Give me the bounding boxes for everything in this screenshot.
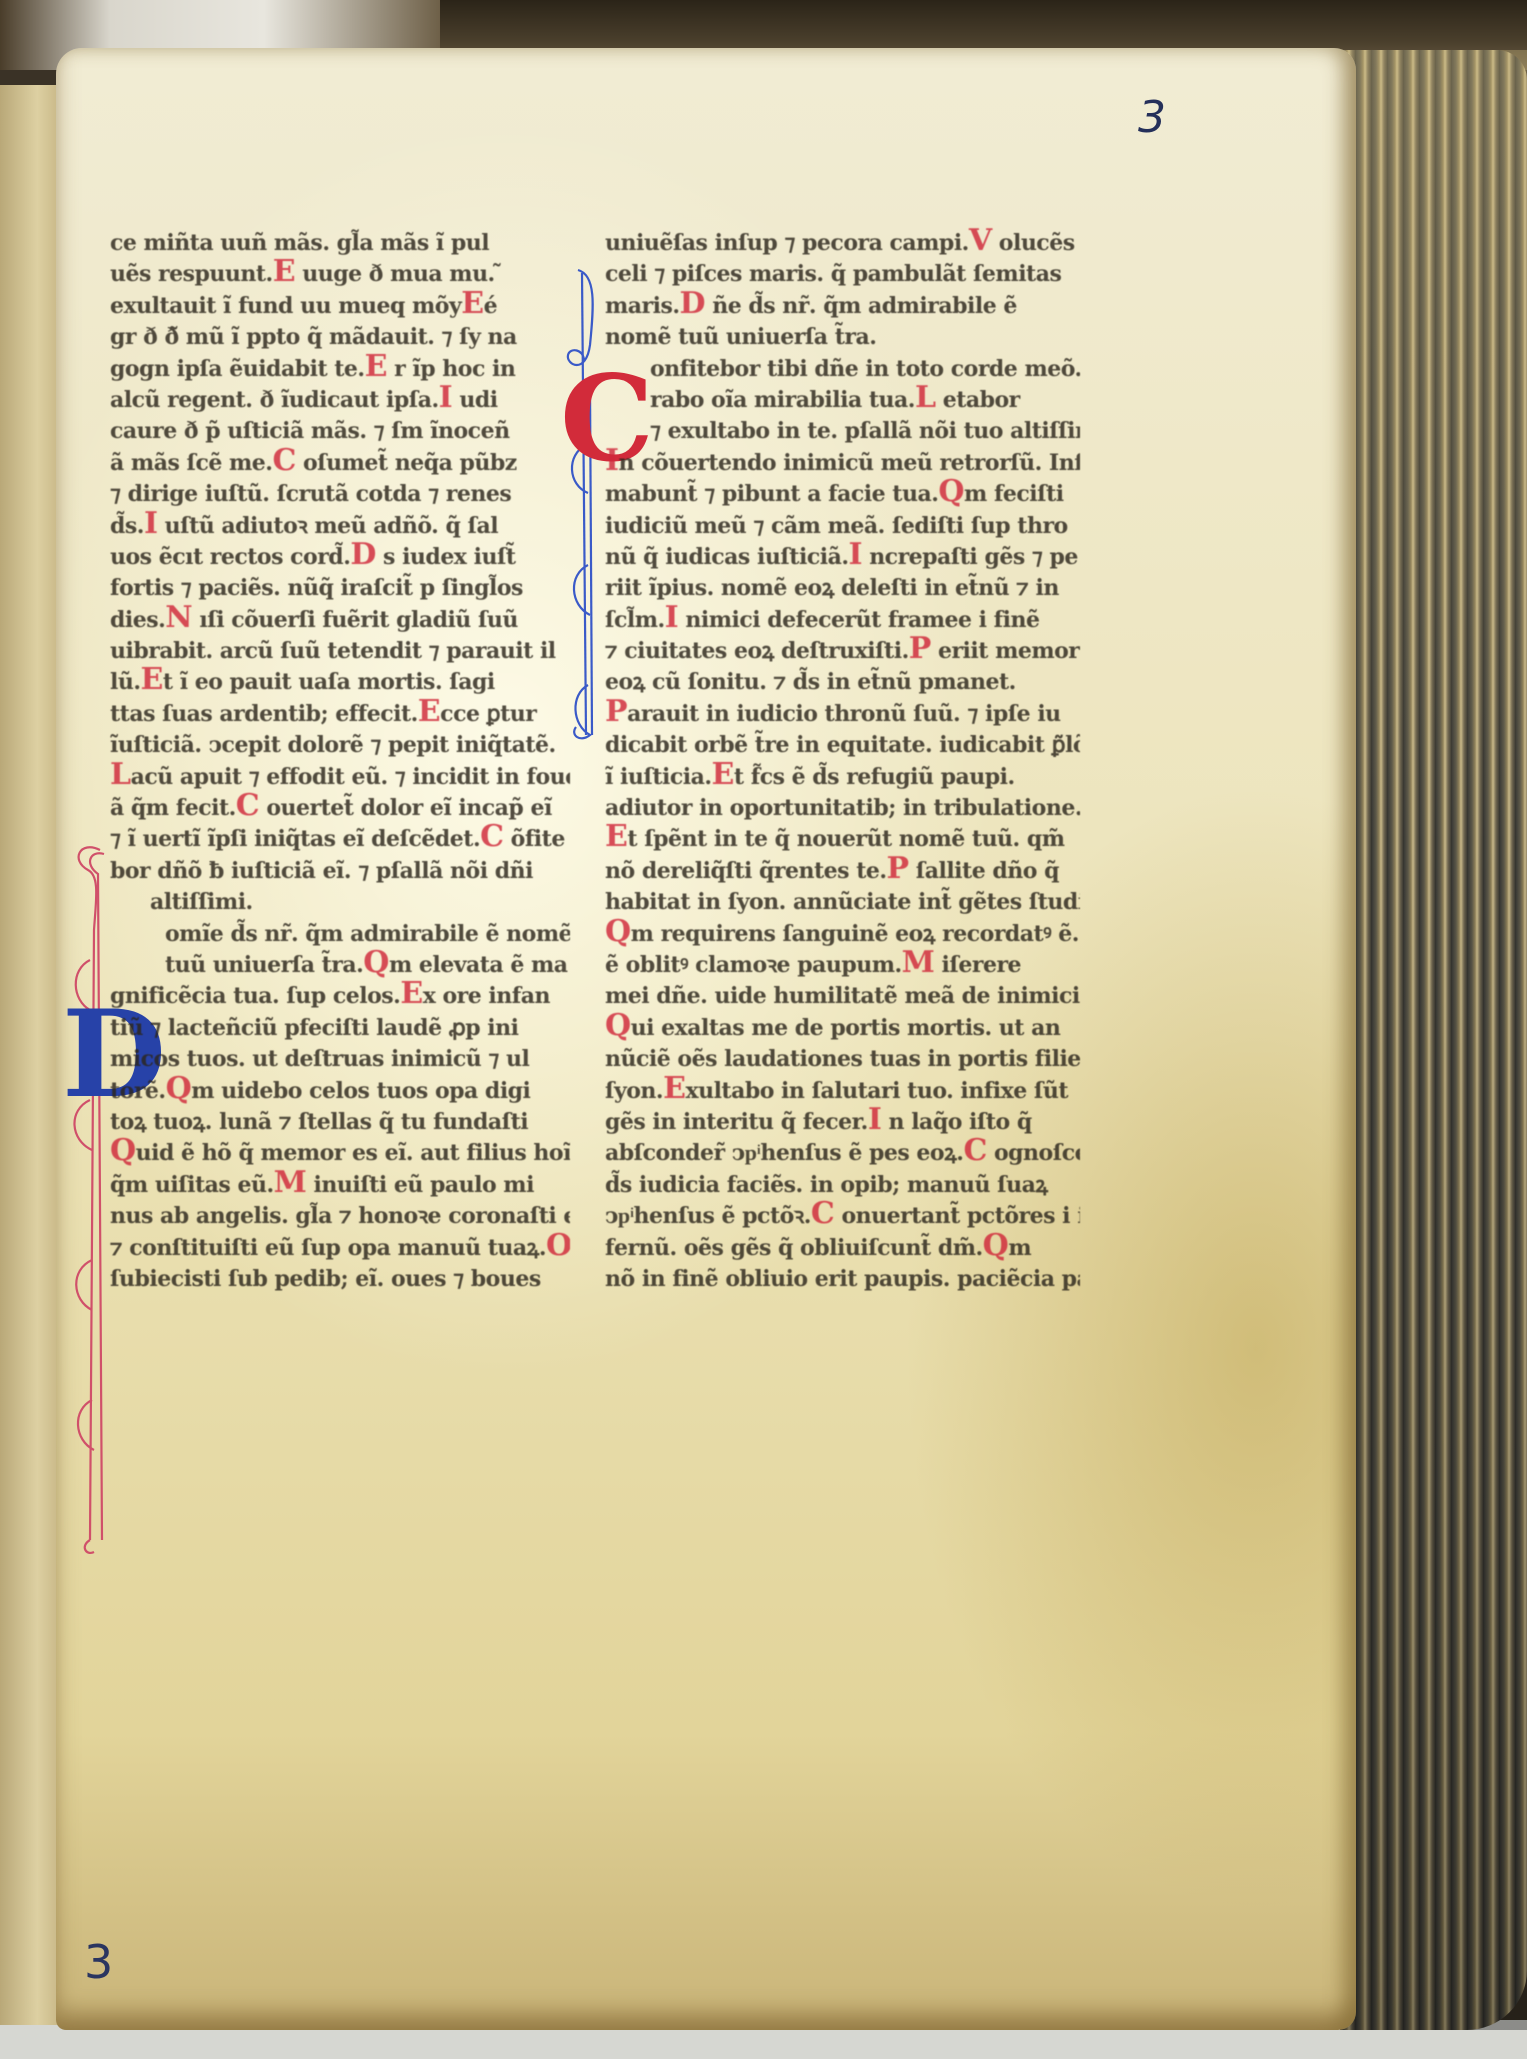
line-text: celi ⁊ piſces maris. q̃ pambulãt ſemitas (605, 261, 1061, 287)
manuscript-line: caure ð p̃ uſticiã mãs. ⁊ ſm ĩnoceñ (110, 413, 570, 444)
line-text: ⁊ exultabo in te. pſallã nõi tuo altiſſi… (650, 418, 1080, 444)
manuscript-line: mei dñe. uide humilitatẽ meã de inimicis… (605, 978, 1080, 1009)
line-text: ſyon. (605, 1078, 663, 1104)
line-text: riit ĩpius. nomẽ eoꝝ deleſti in et̃nũ ⁊ … (605, 575, 1059, 601)
line-text: ſcl̃m. (605, 607, 665, 633)
line-text: ıſi cõuerſi fuẽrit gladiũ ſuũ (192, 607, 518, 633)
manuscript-line: fernũ. oẽs gẽs q̃ obliuiſcunt̃ dm̃.Qm (605, 1230, 1080, 1261)
manuscript-line: tiũ ⁊ lacteñciũ pfeciſti laudẽ ꝓp ini (110, 1010, 570, 1041)
line-text: bor dñõ ƀ iuſticiã eĩ. ⁊ pſallã nõi dñi (110, 858, 533, 884)
manuscript-line: uniuẽſas inſup ⁊ pecora campi.V olucẽs (605, 225, 1080, 256)
rubricated-initial: Q (605, 916, 631, 947)
line-text: ẽ oblitꝰ clamoꝛe paupum. (605, 952, 902, 978)
manuscript-line: micos tuos. ut deſtruas inimicũ ⁊ ul (110, 1041, 570, 1072)
line-text: xultabo in ſalutari tuo. infixe ſũt (685, 1078, 1068, 1104)
manuscript-line: ſubiecisti ſub pedib; eĩ. oues ⁊ boues (110, 1261, 570, 1292)
line-text: n laq̃o iſto q̃ (881, 1109, 1031, 1135)
line-text: é (484, 293, 498, 319)
manuscript-line: In cõuertendo inimicũ meũ retrorſũ. Infi… (605, 445, 1080, 476)
manuscript-line: exultauit ĩ fund uu mueq mõyEé (110, 288, 570, 319)
manuscript-line: ĩ iuſticia.Et f̃cs ẽ d̃s refugiũ paupi. (605, 759, 1080, 790)
facing-page-edge (0, 85, 64, 2025)
line-text: uſtũ adiutoꝛ meũ adñõ. q̃ ſal (157, 513, 498, 539)
folio-number-bottom: 3 (84, 1935, 113, 1989)
line-text: cce ꝑtur (440, 701, 536, 727)
manuscript-line: gr ð ð̃ mũ ĩ ppto q̃ mãdauit. ⁊ ſy na (110, 319, 570, 350)
line-text: nõ dereliq̃ſti q̃rentes te. (605, 858, 887, 884)
line-text: dicabit orbẽ t̃re in equitate. iudicabit… (605, 732, 1080, 758)
line-text: m elevata ẽ ma (389, 952, 568, 978)
manuscript-line: habitat in ſyon. annũciate int̃ gẽtes ſt… (605, 884, 1080, 915)
rubricated-initial: I (605, 445, 619, 476)
line-text: lũ. (110, 669, 141, 695)
manuscript-line: Quid ẽ hõ q̃ memor es eĩ. aut filius hoĩ… (110, 1135, 570, 1166)
line-text: mei dñe. uide humilitatẽ meã de inimicis… (605, 983, 1080, 1009)
manuscript-line: ĩuſticiã. ↄcepit dolorẽ ⁊ pepit iniq̃tat… (110, 727, 570, 758)
line-text: ã q̃m fecit. (110, 795, 236, 821)
manuscript-line: nũciẽ oẽs laudationes tuas in portis fil… (605, 1041, 1080, 1072)
line-text: oſumet̃ neq̃a pũbz (296, 450, 517, 476)
text-column-left: ce miñta uuñ mãs. gl̃a mãs ĩ puluẽs resp… (110, 225, 570, 1292)
line-text: maris. (605, 293, 680, 319)
line-text: ognoſcet̃ (987, 1140, 1080, 1166)
line-text: ↄpͥhenſus ẽ pctõꝛ. (605, 1203, 811, 1229)
manuscript-line: nomẽ tuũ uniuerſa t̃ra. (605, 319, 1080, 350)
line-text: inuiſti eũ paulo mi (306, 1172, 534, 1198)
manuscript-line: fortis ⁊ paciẽs. nũq̃ iraſcit̃ p ſingl̃o… (110, 570, 570, 601)
line-text: d̃s iudicia faciẽs. in opib; manuũ ſuaꝝ (605, 1172, 1048, 1198)
line-text: nũ q̃ iudicas iuſticiã. (605, 544, 848, 570)
line-text: r ĩp hoc in (387, 356, 515, 382)
line-text: õfite (504, 826, 565, 852)
manuscript-line: omĩe d̃s nr̃. q̃m admirabile ẽ nomẽ (110, 916, 570, 947)
manuscript-line: ce miñta uuñ mãs. gl̃a mãs ĩ pul (110, 225, 570, 256)
line-text: d̃s. (110, 513, 144, 539)
line-text: ⁊ ciuitates eoꝝ deſtruxiſti. (605, 638, 909, 664)
rubricated-initial: C (811, 1198, 834, 1229)
line-text: ui exaltas me de portis mortis. ut an (631, 1015, 1061, 1041)
manuscript-line: uos ẽcıt rectos cord̃.D s iudex iuſt̃ (110, 539, 570, 570)
manuscript-line: Qui exaltas me de portis mortis. ut an (605, 1010, 1080, 1041)
manuscript-line: rabo oĩa mirabilia tua.L etabor (605, 382, 1080, 413)
manuscript-line: uibrabit. arcũ ſuũ tetendit ⁊ parauit il (110, 633, 570, 664)
line-text: etabor (936, 387, 1020, 413)
manuscript-line: maris.D ñe d̃s nr̃. q̃m admirabile ẽ (605, 288, 1080, 319)
line-text: ſubiecisti ſub pedib; eĩ. oues ⁊ boues (110, 1266, 541, 1292)
line-text: m (1008, 1235, 1031, 1261)
line-text: omĩe d̃s nr̃. q̃m admirabile ẽ nomẽ (165, 921, 570, 947)
line-text: m feciſti (964, 481, 1064, 507)
rubricated-initial: Q (166, 1073, 192, 1104)
line-text: tuũ uniuerſa t̃ra. (165, 952, 363, 978)
line-text: toꝝ tuoꝝ. lunã ⁊ ſtellas q̃ tu fundaſti (110, 1109, 528, 1135)
manuscript-line: ã q̃m fecit.C ouertet̃ dolor eĩ incap̃ e… (110, 790, 570, 821)
rubricated-initial: I (848, 539, 862, 570)
rubricated-initial: E (461, 288, 483, 319)
line-text: uniuẽſas inſup ⁊ pecora campi. (605, 230, 969, 256)
rubricated-initial: P (887, 853, 909, 884)
line-text: nimici defecerũt framee i finẽ (678, 607, 1039, 633)
rubricated-initial: P (909, 633, 931, 664)
rubricated-initial: M (902, 947, 935, 978)
line-text: olucẽs (992, 230, 1075, 256)
line-text: uuge ð mua mu. ̃ (295, 261, 502, 287)
manuscript-line: uẽs respuunt.E uuge ð mua mu. ̃ (110, 256, 570, 287)
line-text: t f̃cs ẽ d̃s refugiũ paupi. (734, 764, 1015, 790)
rubricated-initial: P (605, 696, 627, 727)
line-text: ⁊ conſtituiſti eũ ſup opa manuũ tuaꝝ. (110, 1235, 546, 1261)
line-text: m uidebo celos tuos opa digi (191, 1078, 530, 1104)
line-text: ã mãs ſcẽ me. (110, 450, 272, 476)
rubricated-initial: Q (363, 947, 389, 978)
manuscript-line: q̃m uiſitas eũ.M inuiſti eũ paulo mi (110, 1167, 570, 1198)
manuscript-line: ⁊ ĩ uertĩ ĩpſi iniq̃tas eĩ deſcẽdet.C õf… (110, 821, 570, 852)
line-text: s iudex iuſt̃ (376, 544, 516, 570)
manuscript-line: tuũ uniuerſa t̃ra.Qm elevata ẽ ma (110, 947, 570, 978)
manuscript-line: ſcl̃m.I nimici defecerũt framee i finẽ (605, 602, 1080, 633)
manuscript-line: ttas ſuas ardentib; effecit.Ecce ꝑtur (110, 696, 570, 727)
manuscript-line: Qm requirens ſanguinẽ eoꝝ recordatꝰ ẽ. n… (605, 916, 1080, 947)
manuscript-line: ⁊ dirige iuſtũ. ſcrutã cotda ⁊ renes (110, 476, 570, 507)
rubricated-initial: I (439, 382, 453, 413)
manuscript-line: d̃s iudicia faciẽs. in opib; manuũ ſuaꝝ (605, 1167, 1080, 1198)
line-text: gẽs in interitu q̃ fecer. (605, 1109, 868, 1135)
manuscript-line: adiutor in oportunitatib; in tribulation… (605, 790, 1080, 821)
manuscript-line: altiſſimi. (110, 884, 570, 915)
line-text: eoꝝ cũ ſonitu. ⁊ d̃s in et̃nũ pmanet. (605, 669, 1016, 695)
rubricated-initial: C (272, 445, 295, 476)
line-text: mabunt̃ ⁊ pibunt a facie tua. (605, 481, 938, 507)
rubricated-initial: E (365, 351, 387, 382)
rubricated-initial: L (110, 759, 131, 790)
line-text: eriit memoria (931, 638, 1080, 664)
line-text: nus ab angelis. gl̃a ⁊ honoꝛe coronaſti … (110, 1203, 570, 1229)
rubricated-initial: I (144, 508, 158, 539)
manuscript-line: torẽ.Qm uidebo celos tuos opa digi (110, 1073, 570, 1104)
line-text: gogn ipſa ẽuidabit te. (110, 356, 365, 382)
line-text: ⁊ ĩ uertĩ ĩpſi iniq̃tas eĩ deſcẽdet. (110, 826, 480, 852)
line-text: ncrepaſti gẽs ⁊ pe (862, 544, 1078, 570)
manuscript-line: gnificẽcia tua. ſup celos.Ex ore infan (110, 978, 570, 1009)
rubricated-initial: C (480, 821, 503, 852)
line-text: m requirens ſanguinẽ eoꝝ recordatꝰ ẽ. nõ (631, 921, 1080, 947)
line-text: adiutor in oportunitatib; in tribulation… (605, 795, 1080, 821)
line-text: iudiciũ meũ ⁊ cãm meã. ſediſti ſup thro (605, 513, 1068, 539)
rubricated-initial: C (963, 1135, 986, 1166)
manuscript-line: Lacũ apuit ⁊ effodit eũ. ⁊ incidit in fo… (110, 759, 570, 790)
manuscript-line: gẽs in interitu q̃ fecer.I n laq̃o iſto … (605, 1104, 1080, 1135)
line-text: fernũ. oẽs gẽs q̃ obliuiſcunt̃ dm̃. (605, 1235, 983, 1261)
folio-number-top: 3 (1138, 92, 1166, 143)
line-text: nũciẽ oẽs laudationes tuas in portis fil… (605, 1046, 1080, 1072)
text-column-right: uniuẽſas inſup ⁊ pecora campi.V olucẽsce… (605, 225, 1080, 1292)
rubricated-initial: C (236, 790, 259, 821)
line-text: fortis ⁊ paciẽs. nũq̃ iraſcit̃ p ſingl̃o… (110, 575, 523, 601)
manuscript-line: mabunt̃ ⁊ pibunt a facie tua.Qm feciſti (605, 476, 1080, 507)
line-text: dies. (110, 607, 165, 633)
manuscript-line: dies.N ıſi cõuerſi fuẽrit gladiũ ſuũ (110, 602, 570, 633)
manuscript-line: gogn ipſa ẽuidabit te.E r ĩp hoc in (110, 351, 570, 382)
rubricated-initial: E (418, 696, 440, 727)
manuscript-line: abſconder̃ ↄpͥhenſus ẽ pes eoꝝ.C ognoſce… (605, 1135, 1080, 1166)
line-text: uẽs respuunt. (110, 261, 273, 287)
line-text: uibrabit. arcũ ſuũ tetendit ⁊ parauit il (110, 638, 556, 664)
line-text: q̃m uiſitas eũ. (110, 1172, 274, 1198)
rubricated-initial: Q (983, 1230, 1009, 1261)
line-text: rabo oĩa mirabilia tua. (650, 387, 915, 413)
line-text: ttas ſuas ardentib; effecit. (110, 701, 418, 727)
rubricated-initial: N (165, 602, 192, 633)
rubricated-initial: E (400, 978, 422, 1009)
line-text: ĩuſticiã. ↄcepit dolorẽ ⁊ pepit iniq̃tat… (110, 732, 556, 758)
rubricated-initial: E (273, 256, 295, 287)
line-text: ouertet̃ dolor eĩ incap̃ eĩ (259, 795, 552, 821)
rubricated-initial: Q (938, 476, 964, 507)
manuscript-line: d̃s.I uſtũ adiutoꝛ meũ adñõ. q̃ ſal (110, 508, 570, 539)
manuscript-line: ↄpͥhenſus ẽ pctõꝛ.C onuertant̃ pctõres i… (605, 1198, 1080, 1229)
line-text: iſerere (934, 952, 1021, 978)
rubricated-initial: Q (110, 1135, 136, 1166)
line-text: onfitebor tibi dñe in toto corde meõ. na… (650, 356, 1080, 382)
line-text: x ore infan (423, 983, 550, 1009)
line-text: tiũ ⁊ lacteñciũ pfeciſti laudẽ ꝓp ini (110, 1015, 519, 1041)
stacked-page-edges (1340, 50, 1527, 2030)
manuscript-line: bor dñõ ƀ iuſticiã eĩ. ⁊ pſallã nõi dñi (110, 853, 570, 884)
rubricated-initial: O (546, 1230, 570, 1261)
rubricated-initial: E (141, 664, 163, 695)
line-text: altiſſimi. (150, 889, 253, 915)
line-text: gnificẽcia tua. ſup celos. (110, 983, 400, 1009)
manuscript-line: iudiciũ meũ ⁊ cãm meã. ſediſti ſup thro (605, 508, 1080, 539)
manuscript-line: ẽ oblitꝰ clamoꝛe paupum.M iſerere (605, 947, 1080, 978)
rubricated-initial: I (665, 602, 679, 633)
manuscript-line: nũ q̃ iudicas iuſticiã.I ncrepaſti gẽs ⁊… (605, 539, 1080, 570)
line-text: abſconder̃ ↄpͥhenſus ẽ pes eoꝝ. (605, 1140, 963, 1166)
line-text: ñe d̃s nr̃. q̃m admirabile ẽ (705, 293, 1017, 319)
rubricated-initial: E (712, 759, 734, 790)
line-text: onuertant̃ pctõres i in (834, 1203, 1080, 1229)
manuscript-line: dicabit orbẽ t̃re in equitate. iudicabit… (605, 727, 1080, 758)
rubricated-initial: M (274, 1167, 307, 1198)
manuscript-line: eoꝝ cũ ſonitu. ⁊ d̃s in et̃nũ pmanet. (605, 664, 1080, 695)
line-text: ſallite dño q̃ (909, 858, 1059, 884)
line-text: gr ð ð̃ mũ ĩ ppto q̃ mãdauit. ⁊ ſy na (110, 324, 517, 350)
manuscript-line: nõ in finẽ obliuio erit paupis. paciẽcia… (605, 1261, 1080, 1292)
line-text: udi (452, 387, 497, 413)
line-text: t ſpẽnt in te q̃ nouerũt nomẽ tuũ. qm̃ (627, 826, 1064, 852)
manuscript-line: ſyon.Exultabo in ſalutari tuo. infixe ſũ… (605, 1073, 1080, 1104)
rubricated-initial: D (680, 288, 706, 319)
manuscript-line: toꝝ tuoꝝ. lunã ⁊ ſtellas q̃ tu fundaſti (110, 1104, 570, 1135)
rubricated-initial: V (969, 225, 992, 256)
manuscript-line: ⁊ ciuitates eoꝝ deſtruxiſti.P eriit memo… (605, 633, 1080, 664)
line-text: arauit in iudicio thronũ ſuũ. ⁊ ipſe iu (627, 701, 1061, 727)
rubricated-initial: E (663, 1073, 685, 1104)
manuscript-line: lũ.Et ĩ eo pauit uaſa mortis. ſagi (110, 664, 570, 695)
manuscript-line: ⁊ conſtituiſti eũ ſup opa manuũ tuaꝝ.O ĩ… (110, 1230, 570, 1261)
manuscript-line: riit ĩpius. nomẽ eoꝝ deleſti in et̃nũ ⁊ … (605, 570, 1080, 601)
rubricated-initial: D (350, 539, 376, 570)
line-text: uid ẽ hõ q̃ memor es eĩ. aut filius hoĩs (136, 1140, 570, 1166)
manuscript-line: Parauit in iudicio thronũ ſuũ. ⁊ ipſe iu (605, 696, 1080, 727)
line-text: ce miñta uuñ mãs. gl̃a mãs ĩ pul (110, 230, 489, 256)
line-text: micos tuos. ut deſtruas inimicũ ⁊ ul (110, 1046, 529, 1072)
line-text: n cõuertendo inimicũ meũ retrorſũ. Infir (619, 450, 1080, 476)
manuscript-line: celi ⁊ piſces maris. q̃ pambulãt ſemitas (605, 256, 1080, 287)
line-text: torẽ. (110, 1078, 166, 1104)
line-text: t ĩ eo pauit uaſa mortis. ſagi (163, 669, 495, 695)
line-text: uos ẽcıt rectos cord̃. (110, 544, 350, 570)
manuscript-line: alcũ regent. ð ĩudicaut ipſa.I udi (110, 382, 570, 413)
line-text: caure ð p̃ uſticiã mãs. ⁊ ſm ĩnoceñ (110, 418, 510, 444)
line-text: acũ apuit ⁊ effodit eũ. ⁊ incidit in fou… (131, 764, 570, 790)
manuscript-line: ⁊ exultabo in te. pſallã nõi tuo altiſſi… (605, 413, 1080, 444)
manuscript-line: onfitebor tibi dñe in toto corde meõ. na… (605, 351, 1080, 382)
line-text: habitat in ſyon. annũciate int̃ gẽtes ſt… (605, 889, 1080, 915)
line-text: alcũ regent. ð ĩudicaut ipſa. (110, 387, 439, 413)
line-text: ĩ iuſticia. (605, 764, 712, 790)
rubricated-initial: Q (605, 1010, 631, 1041)
line-text: exultauit ĩ fund uu mueq mõy (110, 293, 461, 319)
manuscript-line: nõ dereliq̃ſti q̃rentes te.P ſallite dño… (605, 853, 1080, 884)
manuscript-line: ã mãs ſcẽ me.C oſumet̃ neq̃a pũbz (110, 445, 570, 476)
rubricated-initial: I (868, 1104, 882, 1135)
manuscript-line: nus ab angelis. gl̃a ⁊ honoꝛe coronaſti … (110, 1198, 570, 1229)
rubricated-initial: E (605, 821, 627, 852)
line-text: ⁊ dirige iuſtũ. ſcrutã cotda ⁊ renes (110, 481, 511, 507)
line-text: nõ in finẽ obliuio erit paupis. paciẽcia… (605, 1266, 1080, 1292)
manuscript-line: Et ſpẽnt in te q̃ nouerũt nomẽ tuũ. qm̃ (605, 821, 1080, 852)
line-text: nomẽ tuũ uniuerſa t̃ra. (605, 324, 876, 350)
rubricated-initial: L (915, 382, 936, 413)
